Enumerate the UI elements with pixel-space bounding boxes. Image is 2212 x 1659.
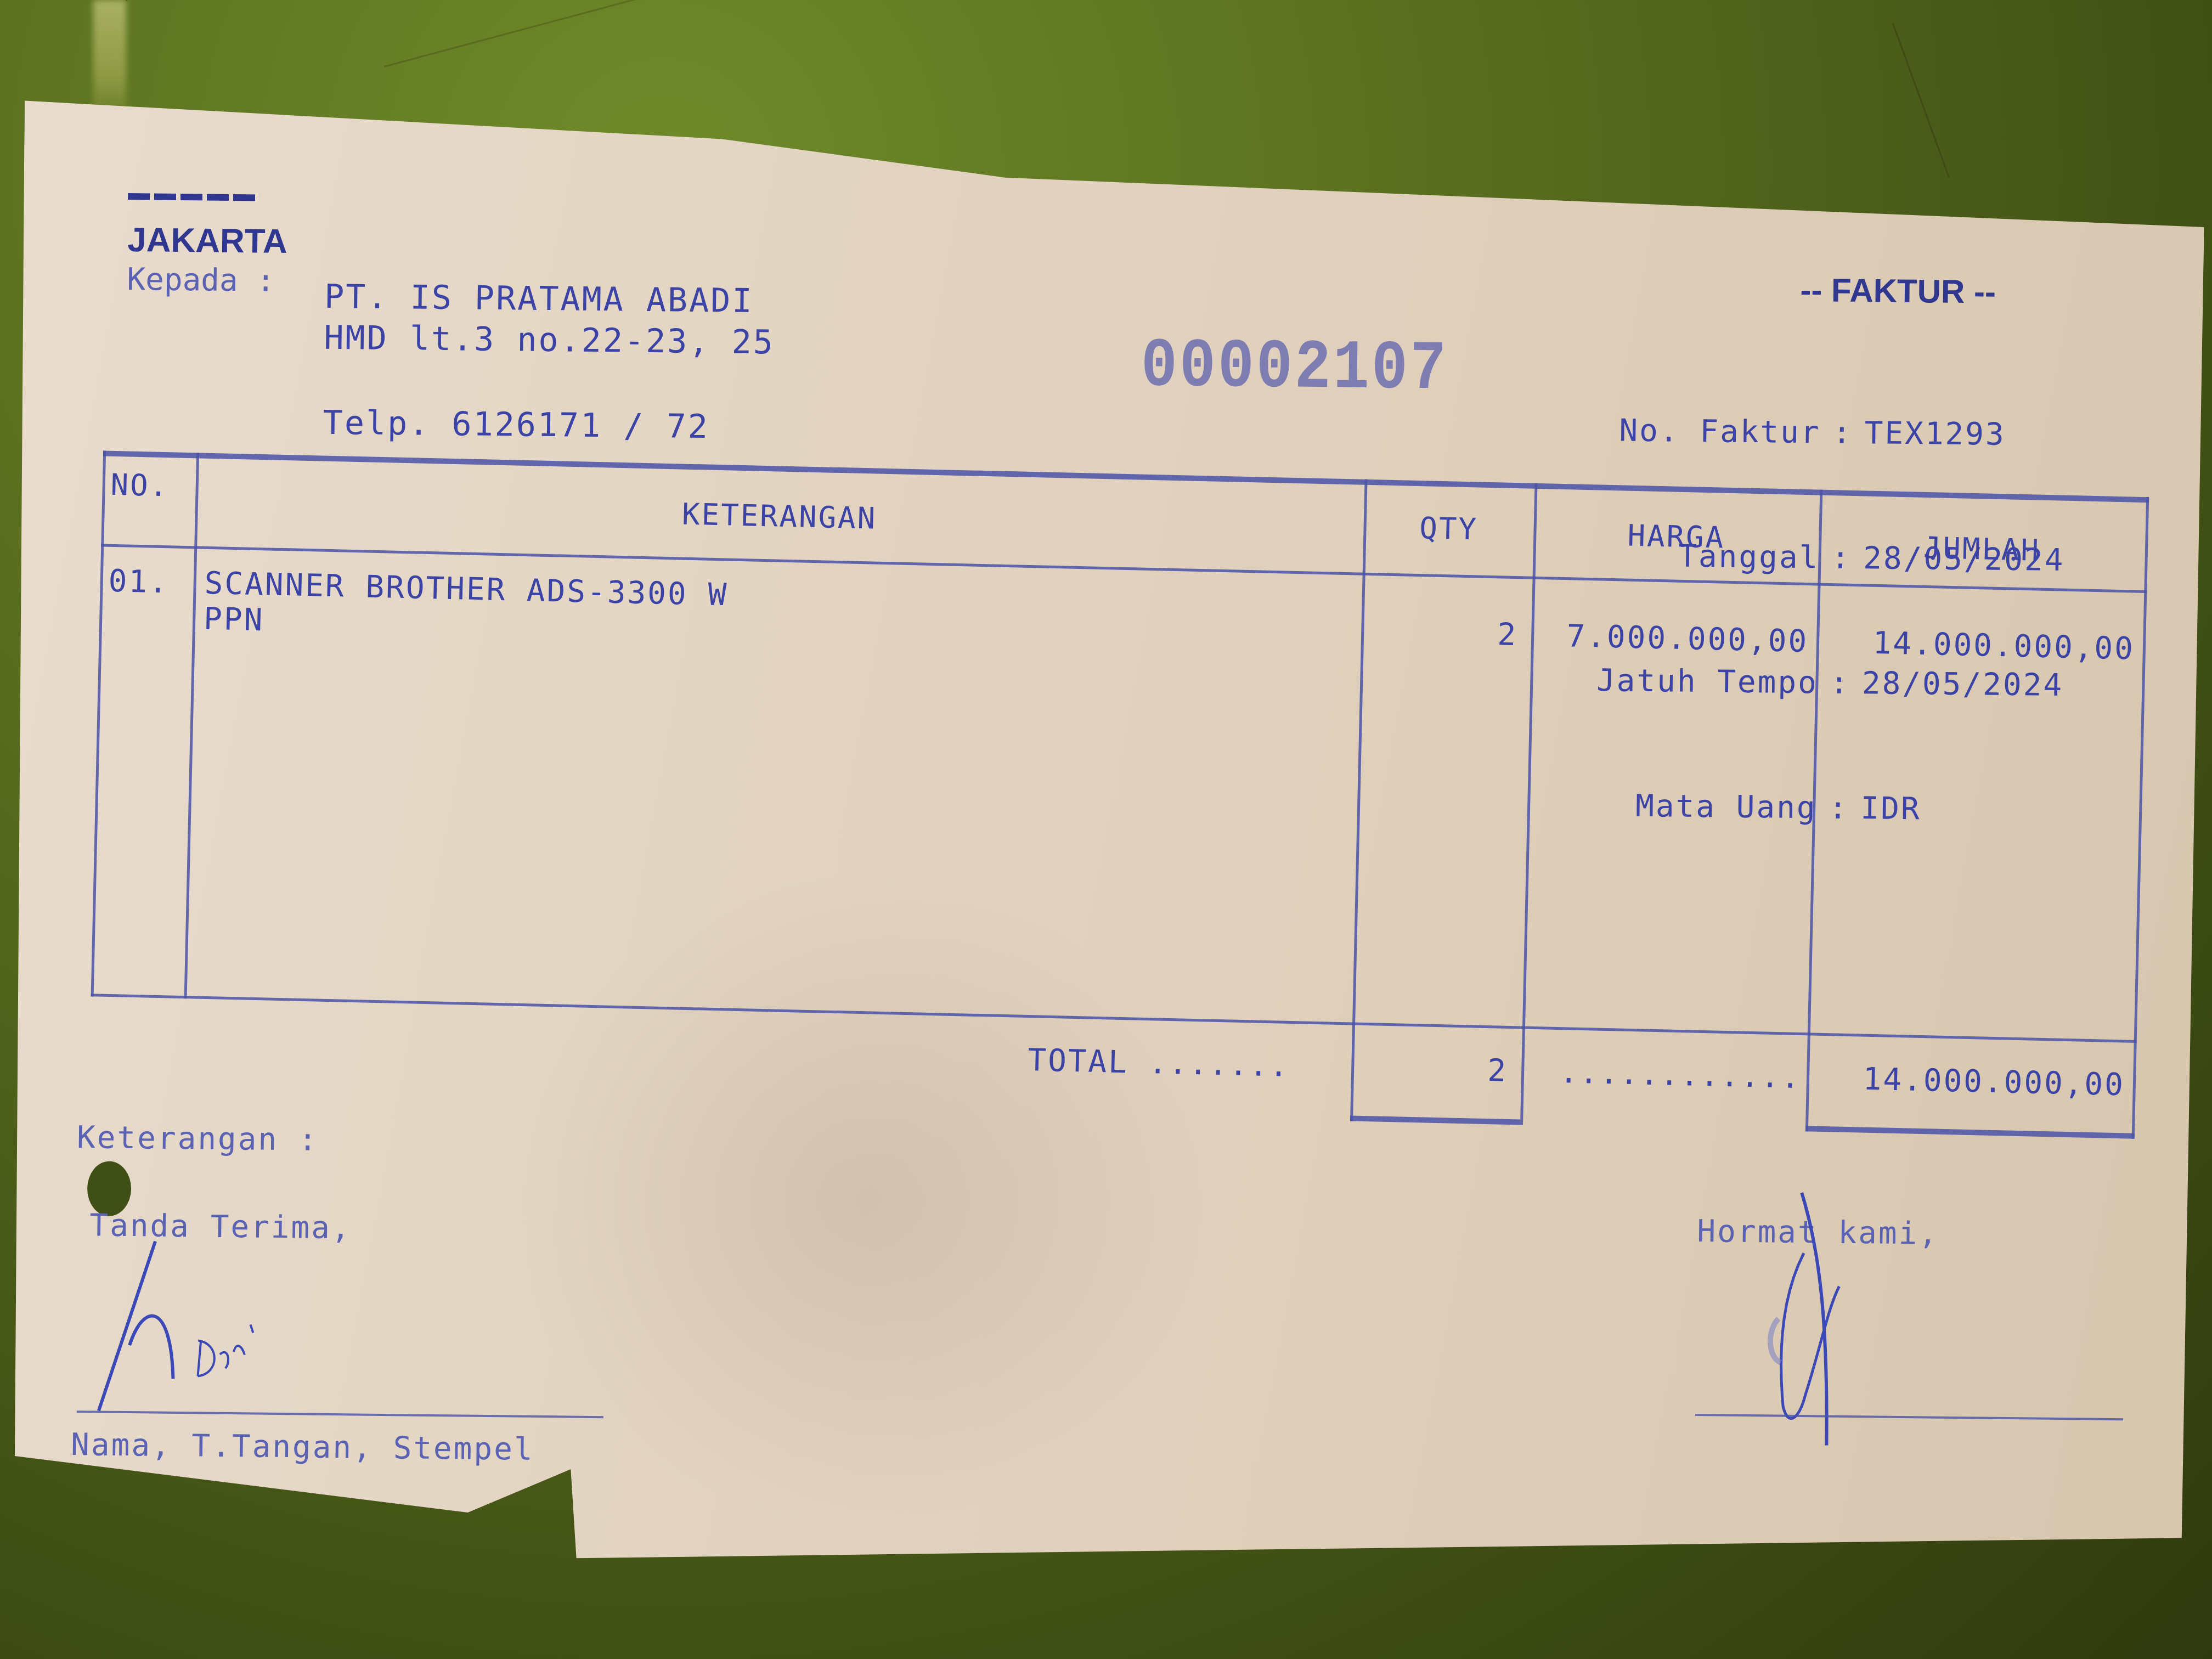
- header-qty: QTY: [1363, 510, 1534, 548]
- background-scratch: [384, 0, 809, 67]
- serial-number-stamp: 00002107: [1141, 328, 1449, 410]
- background-scratch: [126, 0, 199, 1]
- row-price: 7.000.000,00: [1531, 618, 1808, 659]
- recipient-label: Kepada :: [127, 262, 275, 299]
- header-amount: JUMLAH: [1818, 528, 2145, 570]
- serial-number-text: 00002107: [1141, 328, 1449, 410]
- col-divider-no: [184, 453, 200, 998]
- row-qty: 2: [1361, 614, 1518, 653]
- row-no: 01.: [108, 563, 170, 600]
- meta-value: TEX1293: [1864, 413, 2006, 456]
- total-amount: 14.000.000,00: [1806, 1060, 2125, 1103]
- header-description: KETERANGAN: [195, 486, 1364, 546]
- city-header: JAKARTA: [127, 221, 287, 261]
- meta-colon: :: [1820, 412, 1865, 454]
- table-left-border: [91, 451, 106, 997]
- table-body-bottom: [91, 994, 2137, 1043]
- invoice-paper: JAKARTA Kepada : PT. IS PRATAMA ABADI HM…: [9, 93, 2205, 1597]
- recipient-name: PT. IS PRATAMA ABADI: [324, 278, 754, 320]
- document-title: -- FAKTUR --: [1800, 271, 1996, 311]
- background-scratch: [1892, 22, 1950, 178]
- header-no: NO.: [110, 467, 193, 504]
- total-qty-bottom: [1350, 1115, 1520, 1125]
- recipient-phone: Telp. 6126171 / 72: [323, 404, 709, 446]
- meta-invoice-number: No. Faktur:TEX1293: [1568, 410, 2066, 456]
- header-price: HARGA: [1533, 516, 1819, 557]
- total-qty: 2: [1351, 1049, 1508, 1088]
- header-dash-line: [128, 193, 259, 201]
- total-price-filler: ............: [1532, 1054, 1801, 1096]
- row-description-line2: PPN: [204, 601, 265, 638]
- row-amount: 14.000.000,00: [1816, 624, 2135, 667]
- row-description: SCANNER BROTHER ADS-3300 W: [204, 566, 729, 613]
- receiver-caption: Nama, T.Tangan, Stempel: [71, 1427, 534, 1468]
- sender-signature-icon: [1722, 1187, 1867, 1452]
- total-label: TOTAL .......: [1028, 1042, 1290, 1084]
- meta-label: No. Faktur: [1568, 410, 1821, 454]
- line-items-table: NO. KETERANGAN QTY HARGA JUMLAH 01. SCAN…: [88, 451, 2149, 1172]
- receiver-signature-icon: [88, 1235, 364, 1419]
- recipient-address: HMD lt.3 no.22-23, 25: [324, 319, 775, 362]
- notes-label: Keterangan :: [77, 1120, 319, 1158]
- total-amount-bottom: [1805, 1126, 2135, 1139]
- table-right-border: [2132, 497, 2149, 1139]
